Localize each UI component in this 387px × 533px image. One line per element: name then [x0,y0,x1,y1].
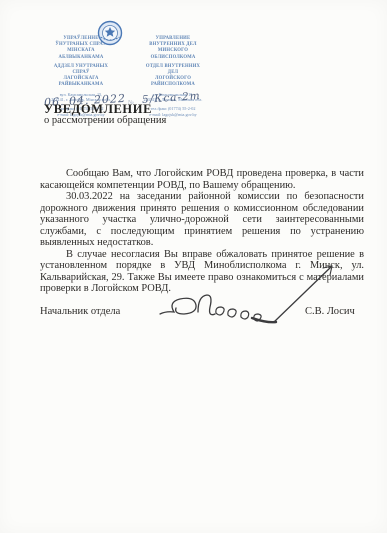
org-name-russian: ОТДЕЛ ВНУТРЕННИХ ДЕЛ ЛОГОЙСКОГО РАЙИСПОЛ… [136,64,210,89]
coat-of-arms-icon [96,20,124,53]
signatory-name: С.В. Лосич [305,306,355,317]
scanned-letter-page: УПРАЎЛЕННЕ ЎНУТРАНЫХ СПРАЎ МІНСКАГА АБЛВ… [0,0,387,533]
signatory-position: Начальник отдела [40,306,120,317]
body-paragraph-1: Сообщаю Вам, что Логойским РОВД проведен… [40,168,364,191]
document-subtitle: о рассмотрении обращения [44,115,166,126]
handwritten-signature [156,262,341,328]
org-name-russian-parent: УПРАВЛЕНИЕ ВНУТРЕННИХ ДЕЛ МИНСКОГО ОБЛИС… [136,36,210,61]
org-name-belarusian: АДДЗЕЛ УНУТРАНЫХ СПРАЎ ЛАГОЙСКАГА РАЙВЫК… [44,64,118,89]
body-paragraph-2: 30.03.2022 на заседании районной комисси… [40,191,364,249]
